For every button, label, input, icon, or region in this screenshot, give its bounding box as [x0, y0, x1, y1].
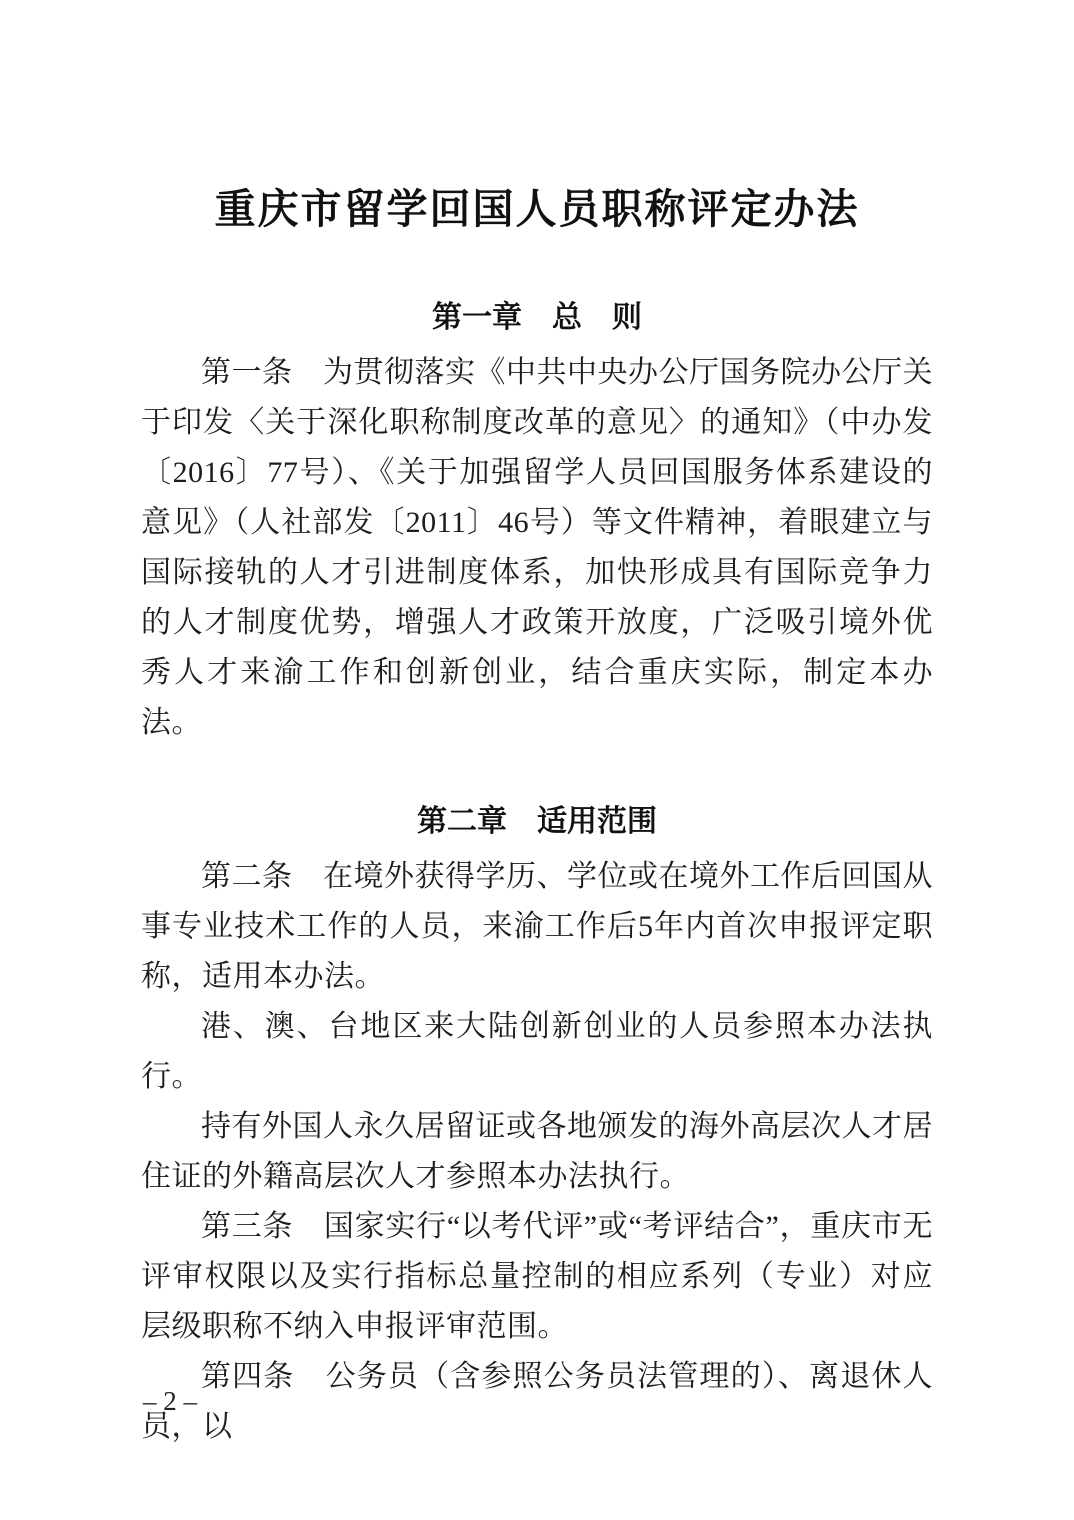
page-number: – 2 –: [143, 1386, 197, 1416]
paragraph-article-4: 第四条 公务员（含参照公务员法管理的）、离退休人员，以: [141, 1352, 933, 1452]
paragraph-article-2: 第二条 在境外获得学历、学位或在境外工作后回国从事专业技术工作的人员，来渝工作后…: [141, 852, 933, 1002]
paragraph-article-1: 第一条 为贯彻落实《中共中央办公厅国务院办公厅关于印发〈关于深化职称制度改革的意…: [141, 348, 933, 748]
chapter-1-heading: 第一章 总 则: [141, 301, 933, 335]
document-title: 重庆市留学回国人员职称评定办法: [141, 186, 933, 233]
paragraph-hk-macao-taiwan: 港、澳、台地区来大陆创新创业的人员参照本办法执行。: [141, 1002, 933, 1102]
chapter-2-heading: 第二章 适用范围: [141, 805, 933, 839]
paragraph-foreign-residents: 持有外国人永久居留证或各地颁发的海外高层次人才居住证的外籍高层次人才参照本办法执…: [141, 1102, 933, 1202]
document-content: 重庆市留学回国人员职称评定办法 第一章 总 则 第一条 为贯彻落实《中共中央办公…: [141, 0, 933, 1452]
paragraph-article-3: 第三条 国家实行“以考代评”或“考评结合”，重庆市无评审权限以及实行指标总量控制…: [141, 1202, 933, 1352]
document-page: 重庆市留学回国人员职称评定办法 第一章 总 则 第一条 为贯彻落实《中共中央办公…: [0, 0, 1074, 1520]
